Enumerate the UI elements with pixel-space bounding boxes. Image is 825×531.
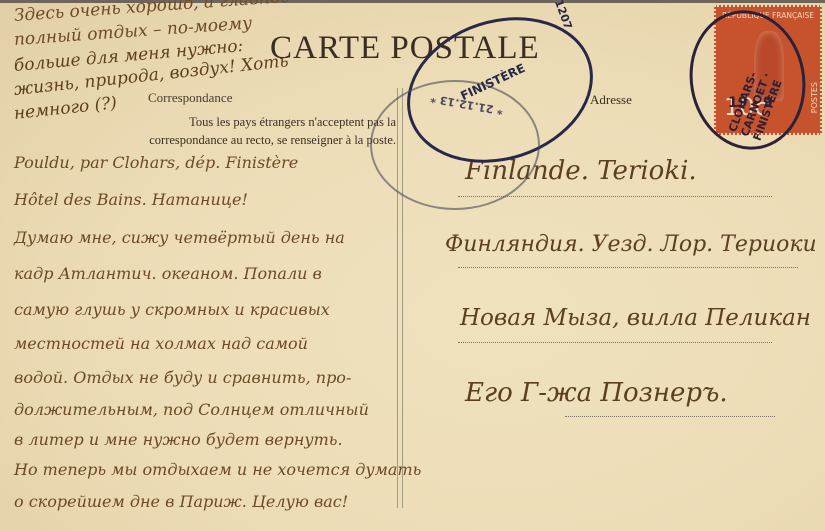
address-line: Новая Мыза, вилла Пеликан: [460, 305, 811, 331]
message-line: Но теперь мы отдыхаем и не хочется думат…: [14, 460, 421, 479]
address-rule: [565, 416, 775, 417]
message-line: Pouldu, par Clohars, dép. Finistère: [14, 153, 298, 172]
address-line: Его Г-жа Познеръ.: [465, 378, 728, 408]
message-line: Думаю мне, сижу четвёртый день на: [14, 228, 345, 247]
message-line: в литер и мне нужно будет вернуть.: [14, 430, 343, 449]
message-line: местностей на холмах над самой: [14, 334, 308, 353]
correspondence-label: Correspondance: [148, 90, 232, 106]
postcard: CARTE POSTALE Correspondance Tous les pa…: [0, 0, 825, 531]
address-rule: [458, 342, 772, 343]
printed-notice: Tous les pays étrangers n'acceptent pas …: [36, 113, 396, 149]
stamp-side-text: POSTES: [810, 82, 819, 113]
address-line: Финляндия. Уезд. Лор. Териоки: [445, 232, 817, 257]
address-label: Adresse: [590, 92, 632, 108]
message-line: водой. Отдых не буду и сравнить, про-: [14, 368, 351, 387]
message-line: Hôtel des Bains. Натанице!: [14, 190, 248, 209]
message-line: о скорейшем дне в Париж. Целую вас!: [14, 492, 348, 511]
stamp-cancellation-date: 19 - 9: [728, 95, 773, 111]
message-line: кадр Атлантич. океаном. Попали в: [14, 264, 322, 283]
notice-line: correspondance au recto, se renseigner à…: [36, 131, 396, 149]
message-line: самую глушь у скромных и красивых: [14, 300, 330, 319]
address-rule: [458, 267, 798, 268]
message-line: должительным, под Солнцем отличный: [14, 400, 369, 419]
